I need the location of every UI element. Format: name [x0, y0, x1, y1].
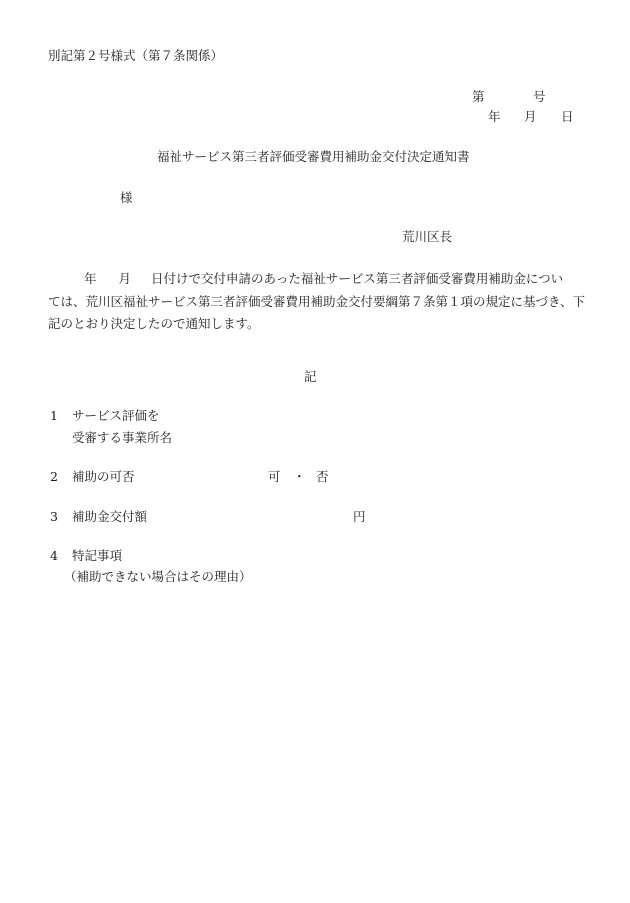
body-year: 年: [84, 271, 97, 286]
document-title: 福祉サービス第三者評価受審費用補助金交付決定通知書: [157, 151, 470, 164]
body-line-2: ては、荒川区福祉サービス第三者評価受審費用補助金交付要綱第７条第１項の規定に基づ…: [48, 291, 588, 314]
item-4-number: 4: [50, 550, 58, 563]
item-4-label: 特記事項: [72, 550, 122, 563]
item-1-label-line2: 受審する事業所名: [72, 432, 172, 445]
item-1-label-line1: サービス評価を: [72, 410, 160, 423]
date-month: 月: [524, 111, 537, 124]
number-prefix: 第: [472, 91, 485, 104]
item-1-number: 1: [50, 410, 58, 423]
date-day: 日: [561, 111, 574, 124]
item-2-label: 補助の可否: [72, 471, 135, 484]
number-suffix: 号: [533, 91, 546, 104]
item-2-option-yes: 可: [268, 471, 281, 484]
body-month: 月: [119, 271, 132, 286]
body-paragraph: 年月日付けで交付申請のあった福祉サービス第三者評価受審費用補助金につい ては、荒…: [48, 268, 588, 336]
item-3-unit: 円: [353, 511, 366, 524]
form-label: 別記第２号様式（第７条関係）: [48, 50, 223, 63]
body-line-1-text: 日付けで交付申請のあった福祉サービス第三者評価受審費用補助金につい: [151, 271, 563, 286]
addressee-suffix: 様: [120, 192, 133, 205]
item-2-number: 2: [50, 471, 58, 484]
item-3-number: 3: [50, 511, 58, 524]
issuer: 荒川区長: [402, 231, 452, 244]
item-2-separator: ・: [293, 471, 306, 484]
item-3-label: 補助金交付額: [72, 511, 147, 524]
body-line-3: 記のとおり決定したので通知します。: [48, 313, 588, 336]
date-year: 年: [488, 111, 501, 124]
item-2-option-no: 否: [316, 471, 329, 484]
note-heading: 記: [304, 371, 317, 384]
item-4-sub-label: （補助できない場合はその理由）: [64, 571, 252, 584]
body-line-1: 年月日付けで交付申請のあった福祉サービス第三者評価受審費用補助金につい: [48, 268, 588, 291]
